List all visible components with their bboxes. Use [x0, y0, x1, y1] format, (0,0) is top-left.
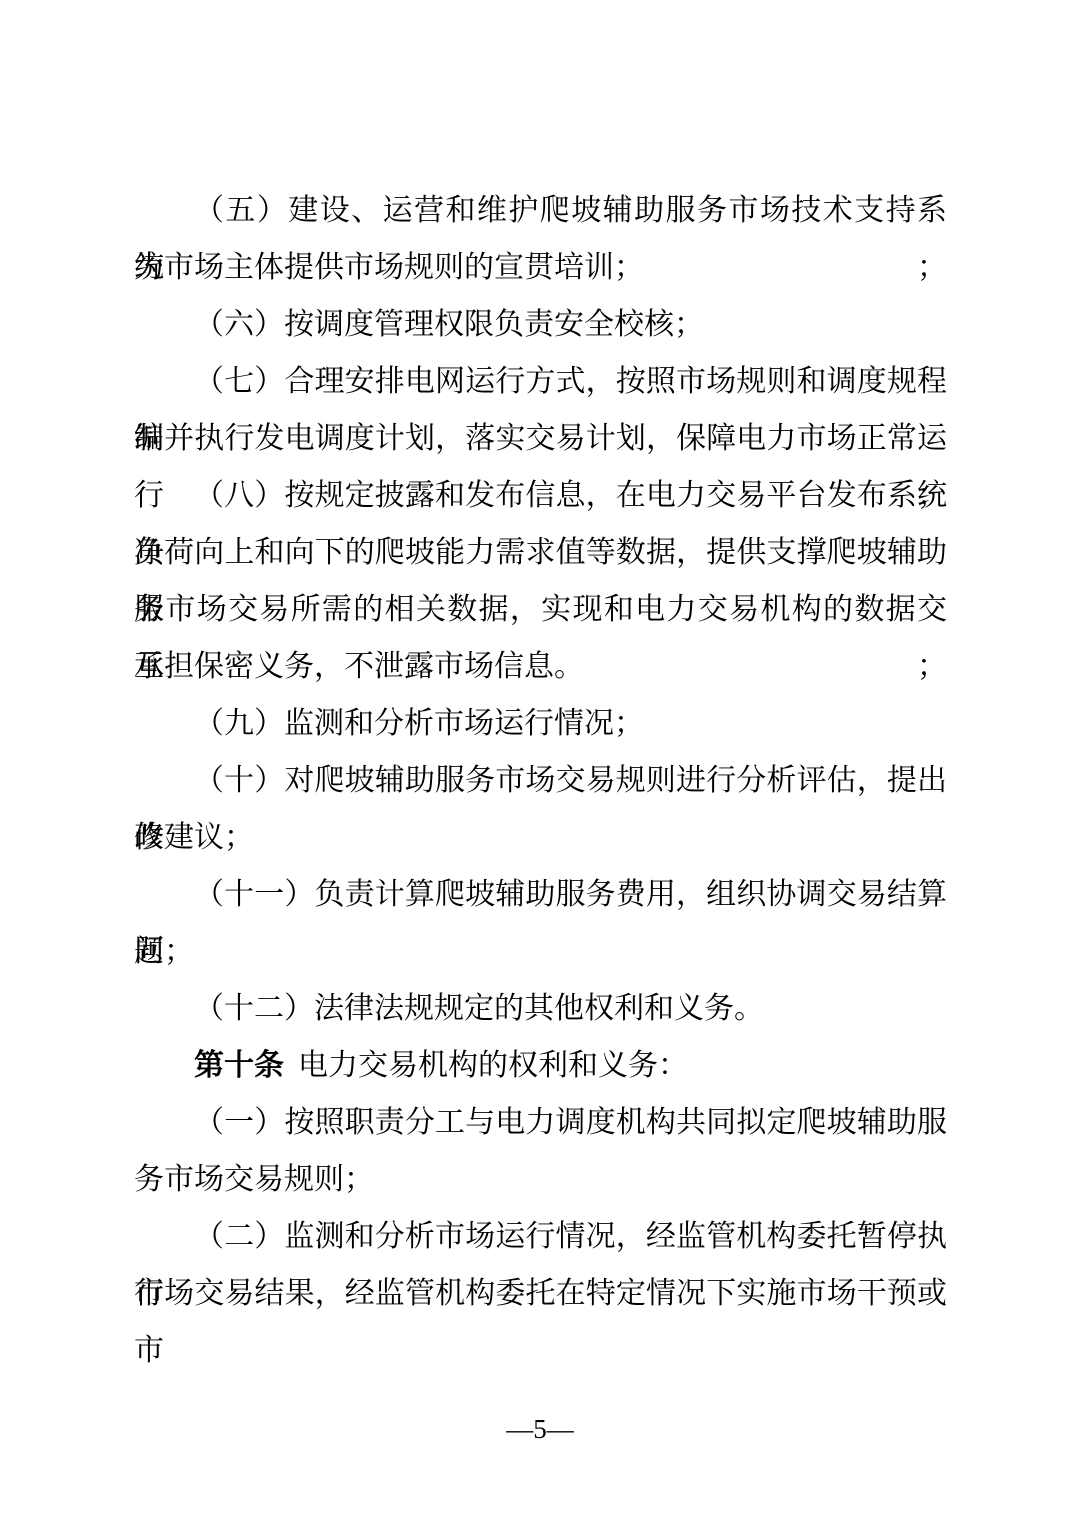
clause-item-1-line: 务市场交易规则；: [134, 1151, 947, 1208]
clause-item-10-line: （十）对爬坡辅助服务市场交易规则进行分析评估，提出修: [134, 752, 947, 809]
clause-item-7-line: 制并执行发电调度计划，落实交易计划，保障电力市场正常运行；: [134, 410, 947, 467]
article-title: 电力交易机构的权利和义务：: [298, 1049, 688, 1082]
clause-item-2-line: （二）监测和分析市场运行情况，经监管机构委托暂停执行: [134, 1208, 947, 1265]
clause-item-8-line: （八）按规定披露和发布信息，在电力交易平台发布系统净: [134, 467, 947, 524]
clause-item-2-line: 市场交易结果，经监管机构委托在特定情况下实施市场干预或市: [134, 1265, 947, 1322]
document-page: （五）建设、运营和维护爬坡辅助服务市场技术支持系统； 为市场主体提供市场规则的宣…: [0, 0, 1080, 1527]
clause-item-7-line: （七）合理安排电网运行方式，按照市场规则和调度规程编: [134, 353, 947, 410]
clause-item-8-line: 负荷向上和向下的爬坡能力需求值等数据，提供支撑爬坡辅助服: [134, 524, 947, 581]
clause-item-12-line: （十二）法律法规规定的其他权利和义务。: [134, 980, 947, 1037]
page-number: —5—: [0, 1412, 1080, 1446]
clause-item-5-line: （五）建设、运营和维护爬坡辅助服务市场技术支持系统；: [134, 182, 947, 239]
clause-item-1-line: （一）按照职责分工与电力调度机构共同拟定爬坡辅助服: [134, 1094, 947, 1151]
clause-item-11-line: 题；: [134, 923, 947, 980]
clause-item-8-line: 务市场交易所需的相关数据，实现和电力交易机构的数据交互；: [134, 581, 947, 638]
article-10-heading: 第十条电力交易机构的权利和义务：: [134, 1037, 947, 1094]
document-body: （五）建设、运营和维护爬坡辅助服务市场技术支持系统； 为市场主体提供市场规则的宣…: [134, 182, 947, 1322]
clause-item-6-line: （六）按调度管理权限负责安全校核；: [134, 296, 947, 353]
clause-item-11-line: （十一）负责计算爬坡辅助服务费用，组织协调交易结算问: [134, 866, 947, 923]
clause-item-10-line: 改建议；: [134, 809, 947, 866]
article-number: 第十条: [194, 1049, 284, 1082]
clause-item-9-line: （九）监测和分析市场运行情况；: [134, 695, 947, 752]
